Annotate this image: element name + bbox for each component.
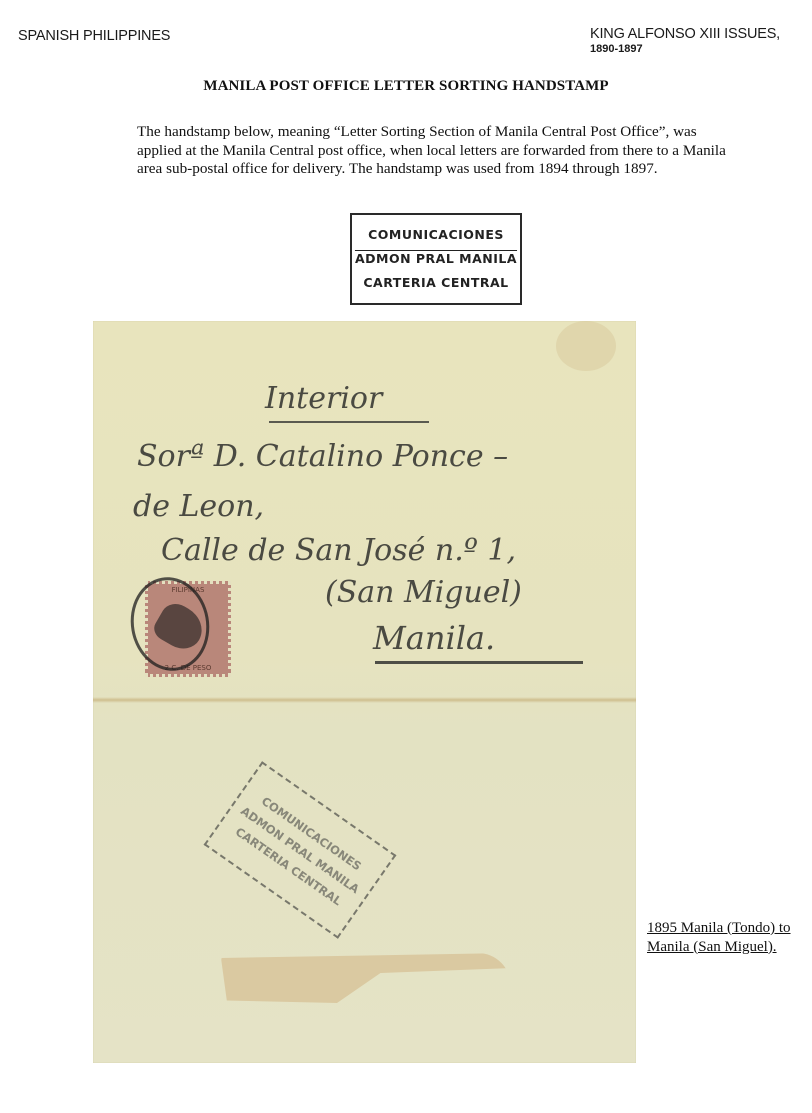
handstamp-line: CARTERIA CENTRAL <box>363 271 508 295</box>
handstamp-line: COMUNICACIONES <box>368 223 504 247</box>
description-paragraph: The handstamp below, meaning “Letter Sor… <box>137 123 737 179</box>
paper-stain <box>556 321 616 371</box>
manuscript-addressee-surname: de Leon, <box>133 489 264 524</box>
manuscript-addressee: Sorª D. Catalino Ponce – <box>137 439 508 474</box>
underline <box>375 661 583 664</box>
manuscript-interior: Interior <box>265 381 382 416</box>
manuscript-city: Manila. <box>373 619 495 657</box>
handstamp-illustration: COMUNICACIONES ADMON PRAL MANILA CARTERI… <box>350 213 522 305</box>
caption-line: 1895 Manila (Tondo) to <box>647 919 791 938</box>
collection-title: SPANISH PHILIPPINES <box>18 28 170 44</box>
series-years: 1890-1897 <box>590 43 780 55</box>
cover-fold-line <box>93 697 636 703</box>
manuscript-district: (San Miguel) <box>325 575 522 610</box>
caption-line: Manila (San Miguel). <box>647 938 791 957</box>
underline <box>269 421 429 423</box>
series-title: KING ALFONSO XIII ISSUES, 1890-1897 <box>590 26 780 55</box>
cover-caption: 1895 Manila (Tondo) to Manila (San Migue… <box>647 919 791 956</box>
page-title: MANILA POST OFFICE LETTER SORTING HANDST… <box>0 78 812 95</box>
postal-cover-image: Interior Sorª D. Catalino Ponce – de Leo… <box>93 321 636 1063</box>
cover-handstamp: COMUNICACIONES ADMON PRAL MANILA CARTERI… <box>204 761 397 939</box>
manuscript-street: Calle de San José n.º 1, <box>161 533 516 568</box>
series-name: KING ALFONSO XIII ISSUES, <box>590 26 780 42</box>
paper-stain <box>221 953 511 1003</box>
handstamp-line: ADMON PRAL MANILA <box>355 247 517 271</box>
